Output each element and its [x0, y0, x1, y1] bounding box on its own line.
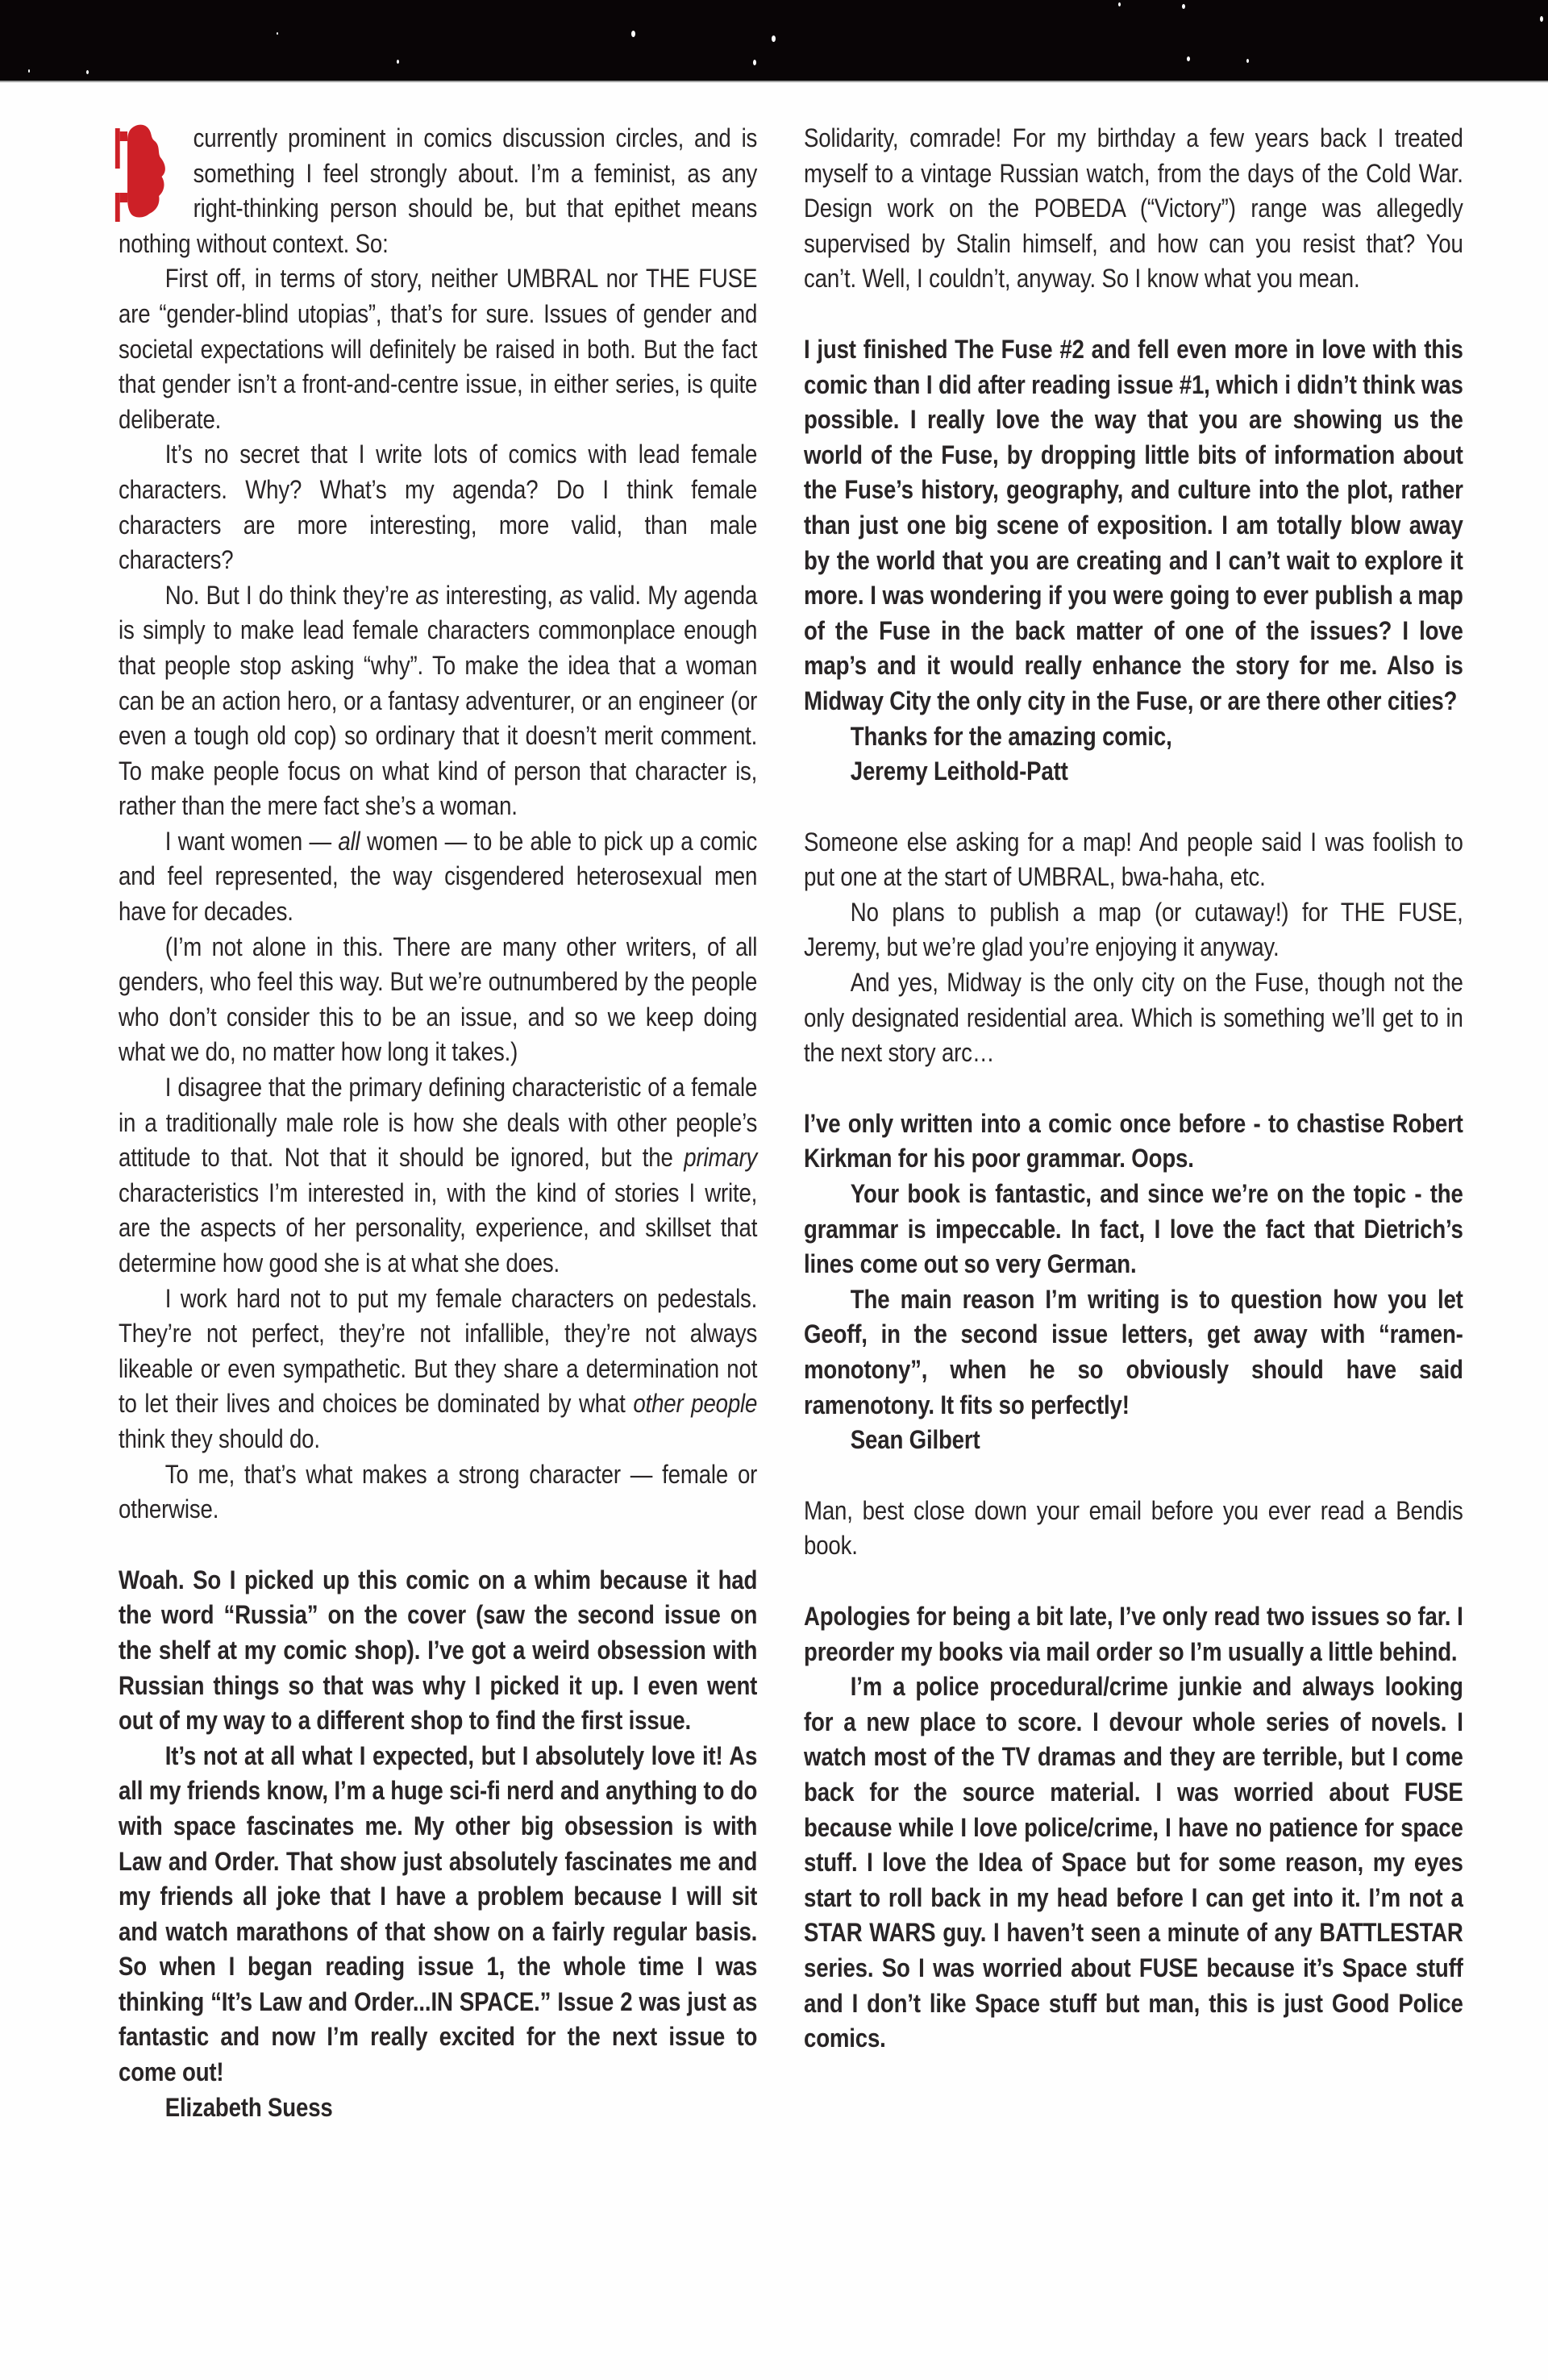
editor-response-paragraph: I want women — all women — to be able to… — [119, 824, 757, 930]
body-text: Someone else asking for a map! And peopl… — [804, 827, 1463, 892]
body-text: No plans to publish a map (or cutaway!) … — [804, 898, 1463, 962]
star-dot — [86, 70, 89, 74]
editor-response-paragraph: I work hard not to put my female charact… — [119, 1282, 757, 1457]
body-text: Solidarity, comrade! For my birthday a f… — [804, 123, 1463, 293]
star-dot — [277, 32, 278, 35]
reader-letter-paragraph: Thanks for the amazing comic, — [804, 719, 1463, 755]
letter-signature: Elizabeth Suess — [119, 2090, 757, 2126]
body-text: And yes, Midway is the only city on the … — [804, 968, 1463, 1067]
editor-response-paragraph: First off, in terms of story, neither UM… — [119, 261, 757, 437]
editor-response-paragraph: Solidarity, comrade! For my birthday a f… — [804, 121, 1463, 297]
body-text: Sean Gilbert — [851, 1425, 980, 1454]
star-dot — [772, 35, 776, 42]
star-dot — [1246, 59, 1249, 63]
star-dot — [397, 60, 399, 64]
letters-column-right: Solidarity, comrade! For my birthday a f… — [804, 121, 1463, 2057]
editor-response-paragraph: Man, best close down your email before y… — [804, 1494, 1463, 1564]
emphasized-text: all — [338, 827, 360, 856]
reader-letter-paragraph: Apologies for being a bit late, I’ve onl… — [804, 1599, 1463, 1669]
body-text: Man, best close down your email before y… — [804, 1496, 1463, 1561]
editor-response-paragraph: No. But I do think they’re as interestin… — [119, 578, 757, 824]
editor-response-paragraph: It’s no secret that I write lots of comi… — [119, 437, 757, 577]
body-text: First off, in terms of story, neither UM… — [119, 264, 757, 433]
star-dot — [1187, 56, 1190, 61]
red-dropcap-icon — [115, 123, 170, 223]
star-dot — [1182, 4, 1185, 9]
body-text: currently prominent in comics discussion… — [119, 123, 757, 258]
emphasized-text: as — [416, 581, 439, 610]
reader-letter-paragraph: I’ve only written into a comic once befo… — [804, 1107, 1463, 1177]
letter-signature: Jeremy Leithold-Patt — [804, 754, 1463, 790]
star-dot — [1118, 2, 1121, 6]
starfield-top-bar — [0, 0, 1548, 82]
star-dot — [753, 60, 756, 65]
emphasized-text: as — [560, 581, 583, 610]
body-text: I disagree that the primary defining cha… — [119, 1073, 757, 1172]
body-text: No. But I do think they’re — [165, 581, 416, 610]
editor-response-paragraph: (I’m not alone in this. There are many o… — [119, 930, 757, 1070]
body-text: Your book is fantastic, and since we’re … — [804, 1179, 1463, 1278]
editor-response-paragraph: Someone else asking for a map! And peopl… — [804, 825, 1463, 895]
body-text: Elizabeth Suess — [165, 2093, 333, 2122]
body-text: think they should do. — [119, 1424, 320, 1453]
body-text: characteristics I’m interested in, with … — [119, 1178, 757, 1278]
reader-letter-paragraph: It’s not at all what I expected, but I a… — [119, 1739, 757, 2090]
body-text: Jeremy Leithold-Patt — [851, 757, 1068, 786]
reader-letter-paragraph: Woah. So I picked up this comic on a whi… — [119, 1563, 757, 1739]
editor-response-paragraph: No plans to publish a map (or cutaway!) … — [804, 895, 1463, 965]
editor-response-paragraph: currently prominent in comics discussion… — [119, 121, 757, 261]
letters-column-left: currently prominent in comics discussion… — [119, 121, 757, 2125]
body-text: Apologies for being a bit late, I’ve onl… — [804, 1602, 1463, 1666]
editor-response-paragraph: To me, that’s what makes a strong charac… — [119, 1457, 757, 1528]
reader-letter-paragraph: I’m a police procedural/crime junkie and… — [804, 1669, 1463, 2057]
star-dot — [1540, 16, 1543, 22]
body-text: interesting, — [439, 581, 560, 610]
reader-letter-paragraph: Your book is fantastic, and since we’re … — [804, 1177, 1463, 1282]
body-text: Thanks for the amazing comic, — [851, 722, 1172, 751]
editor-response-paragraph: And yes, Midway is the only city on the … — [804, 965, 1463, 1071]
emphasized-text: other people — [633, 1389, 757, 1418]
letters-column-right-text: Solidarity, comrade! For my birthday a f… — [804, 121, 1463, 2057]
body-text: valid. My agenda is simply to make lead … — [119, 581, 757, 821]
letter-signature: Sean Gilbert — [804, 1423, 1463, 1458]
emphasized-text: primary — [684, 1143, 757, 1172]
body-text: (I’m not alone in this. There are many o… — [119, 932, 757, 1067]
body-text: I’m a police procedural/crime junkie and… — [804, 1672, 1463, 2053]
body-text: I just finished The Fuse #2 and fell eve… — [804, 335, 1463, 715]
editor-response-paragraph: I disagree that the primary defining cha… — [119, 1070, 757, 1282]
reader-letter-paragraph: The main reason I’m writing is to questi… — [804, 1282, 1463, 1423]
star-dot — [631, 31, 635, 37]
body-text: I want women — — [165, 827, 339, 856]
letters-column-left-text: currently prominent in comics discussion… — [119, 121, 757, 2125]
body-text: I’ve only written into a comic once befo… — [804, 1109, 1463, 1173]
body-text: It’s not at all what I expected, but I a… — [119, 1741, 757, 2086]
body-text: It’s no secret that I write lots of comi… — [119, 440, 757, 574]
reader-letter-paragraph: I just finished The Fuse #2 and fell eve… — [804, 332, 1463, 719]
star-dot — [28, 69, 30, 73]
body-text: The main reason I’m writing is to questi… — [804, 1285, 1463, 1419]
body-text: To me, that’s what makes a strong charac… — [119, 1460, 757, 1524]
body-text: Woah. So I picked up this comic on a whi… — [119, 1565, 757, 1735]
